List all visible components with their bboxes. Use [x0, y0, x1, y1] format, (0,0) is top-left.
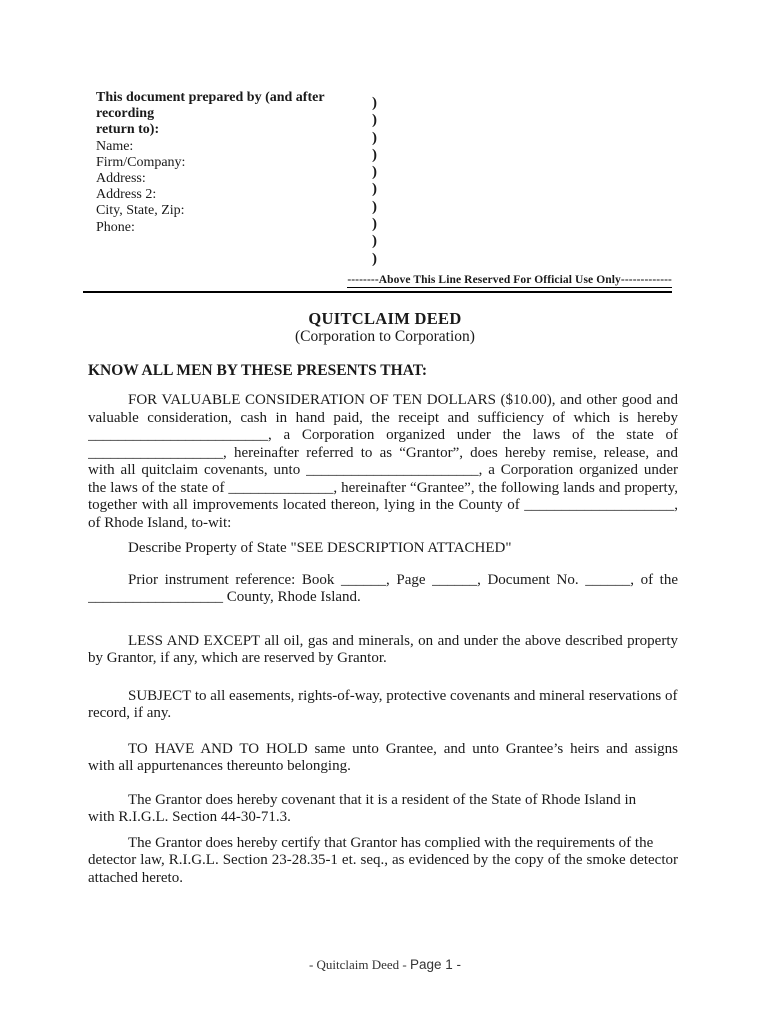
body-line: ________________________, a Corporation … [88, 427, 678, 445]
prepared-by-heading-line: return to): [96, 122, 366, 138]
reserved-for-official-use-notice: --------Above This Line Reserved For Off… [347, 274, 672, 288]
paren-mark: ) [372, 199, 377, 216]
prepared-by-field-label: Name: [96, 139, 366, 155]
paren-mark: ) [372, 233, 377, 250]
body-line: the laws of the state of ______________,… [88, 480, 678, 498]
paren-mark: ) [372, 181, 377, 198]
body-line: with all appurtenances thereunto belongi… [88, 758, 678, 776]
body-line: TO HAVE AND TO HOLD same unto Grantee, a… [88, 741, 678, 759]
paren-mark: ) [372, 112, 377, 129]
document-body: FOR VALUABLE CONSIDERATION OF TEN DOLLAR… [88, 392, 678, 887]
document-title: QUITCLAIM DEED [88, 309, 682, 329]
body-line: of Rhode Island, to-wit: [88, 515, 678, 533]
body-line: valuable consideration, cash in hand pai… [88, 410, 678, 428]
body-line: Describe Property of State "SEE DESCRIPT… [88, 540, 678, 558]
body-line: LESS AND EXCEPT all oil, gas and mineral… [88, 633, 678, 651]
body-line: Prior instrument reference: Book ______,… [88, 572, 678, 590]
body-line: record, if any. [88, 705, 678, 723]
body-line: detector law, R.I.G.L. Section 23-28.35-… [88, 852, 678, 870]
paren-mark: ) [372, 216, 377, 233]
body-line: __________________, hereinafter referred… [88, 445, 678, 463]
body-line: by Grantor, if any, which are reserved b… [88, 650, 678, 668]
body-line: attached hereto. [88, 870, 678, 888]
paren-mark: ) [372, 164, 377, 181]
body-line: __________________ County, Rhode Island. [88, 589, 678, 607]
body-line: with all quitclaim covenants, unto _____… [88, 462, 678, 480]
horizontal-rule [83, 291, 672, 293]
prepared-by-field-label: Firm/Company: [96, 155, 366, 171]
footer-page-label: Page 1 - [410, 957, 461, 972]
document-subtitle: (Corporation to Corporation) [88, 328, 682, 346]
prepared-by-field-label: City, State, Zip: [96, 203, 366, 219]
body-line: with R.I.G.L. Section 44-30-71.3. [88, 809, 678, 827]
paren-mark: ) [372, 251, 377, 268]
body-line: together with all improvements located t… [88, 497, 678, 515]
paren-mark: ) [372, 95, 377, 112]
prepared-by-block: This document prepared by (and after rec… [96, 90, 366, 236]
prepared-by-field-label: Address 2: [96, 187, 366, 203]
prepared-by-heading-line: This document prepared by (and after rec… [96, 90, 366, 122]
body-line: SUBJECT to all easements, rights-of-way,… [88, 688, 678, 706]
body-line: The Grantor does hereby covenant that it… [88, 792, 678, 810]
prepared-by-field-label: Address: [96, 171, 366, 187]
paren-mark: ) [372, 130, 377, 147]
paren-column: )))))))))) [372, 95, 377, 268]
footer-document-label: - Quitclaim Deed - [309, 957, 410, 972]
paren-mark: ) [372, 147, 377, 164]
body-line: The Grantor does hereby certify that Gra… [88, 835, 678, 853]
quitclaim-deed-page: This document prepared by (and after rec… [0, 0, 770, 1024]
page-footer: - Quitclaim Deed - Page 1 - [0, 957, 770, 973]
prepared-by-field-label: Phone: [96, 220, 366, 236]
opening-heading: KNOW ALL MEN BY THESE PRESENTS THAT: [88, 362, 427, 380]
body-line: FOR VALUABLE CONSIDERATION OF TEN DOLLAR… [88, 392, 678, 410]
